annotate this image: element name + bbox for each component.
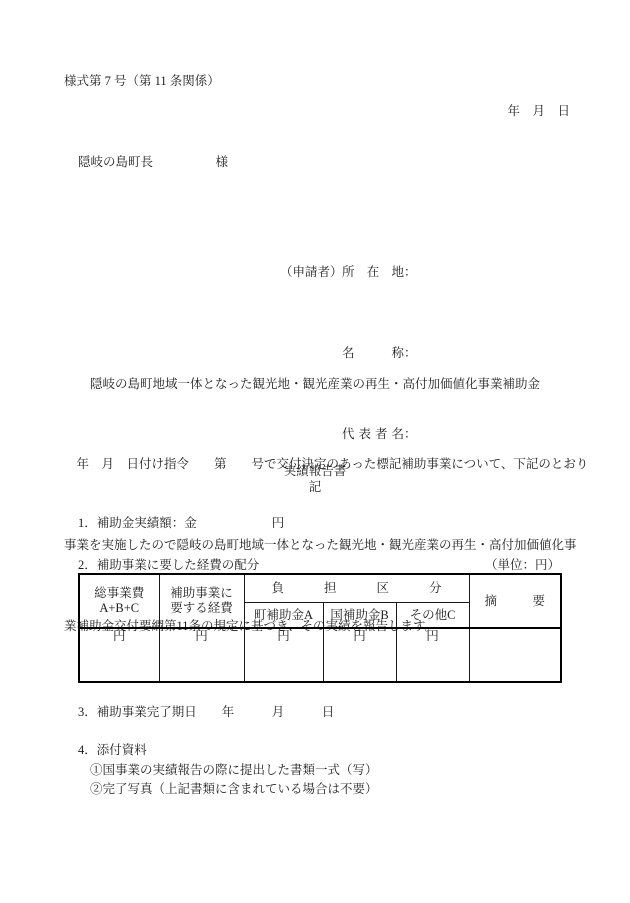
cell-other-yen: 円 bbox=[396, 628, 469, 682]
header-remarks: 摘要 bbox=[469, 574, 561, 628]
applicant-address-colon: ： bbox=[404, 265, 417, 279]
expense-allocation-table: 総事業費 A+B+C 補助事業に 要する経費 負担区分 摘要 町補助金A 国補助… bbox=[78, 573, 562, 683]
applicant-prefix: （申請者） bbox=[280, 259, 342, 286]
header-town-subsidy: 町補助金A bbox=[244, 603, 323, 629]
header-burden-group: 負担区分 bbox=[244, 574, 469, 603]
header-other: その他C bbox=[396, 603, 469, 629]
attachment-line-2: ②完了写真（上記書類に含まれている場合は不要） bbox=[90, 779, 378, 797]
cell-national-yen: 円 bbox=[323, 628, 396, 682]
header-total-cost: 総事業費 A+B+C bbox=[79, 574, 159, 628]
table-row: 円 円 円 円 円 bbox=[79, 628, 561, 682]
item-1-subsidy-amount: 1．補助金実績額：金 円 bbox=[78, 513, 284, 531]
item-4-attachments: 4．添付資料 bbox=[78, 740, 147, 758]
paragraph-line: 年 月 日付け指令 第 号で交付決定のあった標記補助事業について、下記のとおり bbox=[64, 451, 588, 478]
addressee-line: 隠岐の島町長 様 bbox=[78, 152, 228, 170]
header-national-subsidy: 国補助金B bbox=[323, 603, 396, 629]
ki-marker: 記 bbox=[0, 477, 630, 495]
date-line: 年 月 日 bbox=[507, 101, 570, 119]
item-2-header-row: 2．補助事業に要した経費の配分 （単位：円） bbox=[78, 555, 560, 573]
applicant-address-label: 所在地 bbox=[342, 259, 404, 286]
document-page: 様式第 7 号（第 11 条関係） 年 月 日 隠岐の島町長 様 （申請者）所在… bbox=[0, 0, 630, 903]
cell-total-yen: 円 bbox=[79, 628, 159, 682]
cell-expense-yen: 円 bbox=[159, 628, 244, 682]
applicant-address-row: （申請者）所在地： bbox=[280, 259, 417, 286]
item-3-completion-date: 3．補助事業完了期日 年 月 日 bbox=[78, 702, 334, 720]
header-project-expense: 補助事業に 要する経費 bbox=[159, 574, 244, 628]
unit-note: （単位：円） bbox=[485, 555, 560, 573]
item-2-label: 2．補助事業に要した経費の配分 bbox=[78, 555, 259, 573]
cell-town-yen: 円 bbox=[244, 628, 323, 682]
cell-remarks bbox=[469, 628, 561, 682]
attachment-line-1: ①国事業の実績報告の際に提出した書類一式（写） bbox=[90, 760, 378, 778]
form-number: 様式第 7 号（第 11 条関係） bbox=[64, 71, 220, 89]
document-title-line1: 隠岐の島町地域一体となった観光地・観光産業の再生・高付加価値化事業補助金 bbox=[0, 370, 630, 399]
